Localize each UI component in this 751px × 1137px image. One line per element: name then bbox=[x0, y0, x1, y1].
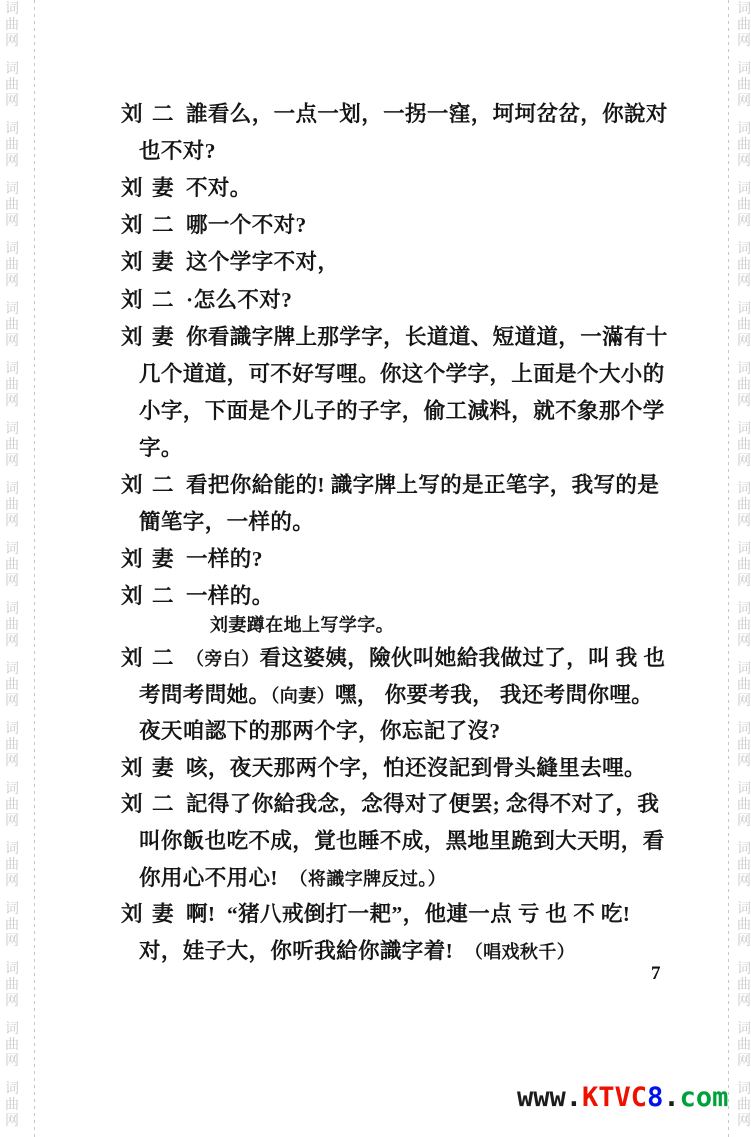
dialogue-line: 你用心不用心! （将識字牌反过。） bbox=[0, 861, 751, 899]
dialogue-text: 看把你給能的! 識字牌上写的是正笔字，我写的是 bbox=[186, 468, 659, 499]
role-name: 妻 bbox=[152, 171, 174, 202]
stage-parenthetical: （唱戏秋千） bbox=[465, 942, 575, 962]
stage-parenthetical: （向妻） bbox=[270, 686, 335, 706]
speaker-name: 刘 bbox=[121, 542, 143, 573]
dialogue-text: 簡笔字，一样的。 bbox=[139, 505, 314, 536]
dialogue-text: 考問考問她。（向妻）嘿， 你要考我， 我还考問你哩。 bbox=[139, 678, 653, 709]
role-name: 妻 bbox=[152, 245, 174, 276]
dialogue-text: 記得了你給我念，念得对了便罢; 念得不对了，我 bbox=[186, 787, 659, 818]
dialogue-line: 刘二看把你給能的! 識字牌上写的是正笔字，我写的是 bbox=[0, 468, 751, 506]
dialogue-text: 哪一个不对? bbox=[186, 208, 307, 239]
dialogue-line: 刘妻一样的? bbox=[0, 542, 751, 580]
site-watermark-segment: . bbox=[663, 1082, 679, 1113]
role-name: 二 bbox=[152, 208, 174, 239]
dialogue-line: 刘妻你看識字牌上那学字，长道道、短道道，一滿有十 bbox=[0, 320, 751, 358]
role-name: 妻 bbox=[152, 542, 174, 573]
dialogue-text: 几个道道，可不好写哩。你这个学字，上面是个大小的 bbox=[139, 357, 665, 388]
dialogue-line: 几个道道，可不好写哩。你这个学字，上面是个大小的 bbox=[0, 357, 751, 395]
dialogue-text: 你用心不用心! （将識字牌反过。） bbox=[139, 861, 446, 892]
dialogue-text: 你看識字牌上那学字，长道道、短道道，一滿有十 bbox=[186, 320, 668, 351]
dialogue-text: 这个学字不对， bbox=[186, 245, 339, 276]
dialogue-line: 字。 bbox=[0, 431, 751, 469]
dialogue-text: 字。 bbox=[139, 431, 183, 462]
role-name: 妻 bbox=[152, 320, 174, 351]
speaker-name: 刘 bbox=[121, 320, 143, 351]
dialogue-text: 一样的? bbox=[186, 542, 263, 573]
dialogue-text: 誰看么，一点一划，一拐一窪，坷坷岔岔，你說对 bbox=[186, 97, 668, 128]
stage-text: 刘妻蹲在地上写学字。 bbox=[210, 611, 394, 637]
speaker-name: 刘 bbox=[121, 641, 143, 672]
page-number: 7 bbox=[651, 963, 661, 985]
speaker-name: 刘 bbox=[121, 171, 143, 202]
dialogue-text: 小字，下面是个儿子的子字，偷工減料，就不象那个学 bbox=[139, 394, 665, 425]
role-name: 二 bbox=[152, 97, 174, 128]
dialogue-line: 刘妻咳，夜天那两个字，怕还沒記到骨头縫里去哩。 bbox=[0, 751, 751, 789]
dialogue-line: 刘二誰看么，一点一划，一拐一窪，坷坷岔岔，你說对 bbox=[0, 97, 751, 135]
role-name: 妻 bbox=[152, 751, 174, 782]
dialogue-line: 对，娃子大，你听我給你識字着! （唱戏秋千） bbox=[0, 934, 751, 972]
script-body: 刘二誰看么，一点一划，一拐一窪，坷坷岔岔，你說对也不对?刘妻不对。刘二哪一个不对… bbox=[0, 0, 751, 1137]
dialogue-text: 啊! “猪八戒倒打一耙”，他連一点 亏 也 不 吃! bbox=[186, 897, 630, 928]
role-name: 二 bbox=[152, 787, 174, 818]
dialogue-text: 咳，夜天那两个字，怕还沒記到骨头縫里去哩。 bbox=[186, 751, 646, 782]
role-name: 二 bbox=[152, 579, 174, 610]
dialogue-text: （旁白）看这婆姨，險伙叫她給我做过了，叫 我 也 bbox=[186, 641, 665, 672]
speaker-name: 刘 bbox=[121, 751, 143, 782]
stage-parenthetical: （旁白） bbox=[186, 649, 260, 669]
speaker-name: 刘 bbox=[121, 283, 143, 314]
dialogue-text: 一样的。 bbox=[186, 579, 274, 610]
dialogue-text: 夜天咱認下的那两个字，你忘記了沒? bbox=[139, 714, 501, 745]
role-name: 二 bbox=[152, 468, 174, 499]
speaker-name: 刘 bbox=[121, 97, 143, 128]
site-watermark: www.KTVC8.com bbox=[517, 1082, 728, 1113]
dialogue-line: 小字，下面是个儿子的子字，偷工減料，就不象那个学 bbox=[0, 394, 751, 432]
role-name: 二 bbox=[152, 283, 174, 314]
speaker-name: 刘 bbox=[121, 897, 143, 928]
dialogue-text: 对，娃子大，你听我給你識字着! （唱戏秋千） bbox=[139, 934, 575, 965]
role-name: 二 bbox=[152, 641, 174, 672]
site-watermark-segment: www. bbox=[517, 1082, 582, 1113]
dialogue-text: ·怎么不对? bbox=[186, 283, 292, 314]
site-watermark-segment: KTVC bbox=[582, 1082, 647, 1113]
dialogue-line: 也不对? bbox=[0, 134, 751, 172]
role-name: 妻 bbox=[152, 897, 174, 928]
dialogue-line: 刘妻啊! “猪八戒倒打一耙”，他連一点 亏 也 不 吃! bbox=[0, 897, 751, 935]
dialogue-line: 刘妻这个学字不对， bbox=[0, 245, 751, 283]
dialogue-line: 刘妻不对。 bbox=[0, 171, 751, 209]
speaker-name: 刘 bbox=[121, 208, 143, 239]
dialogue-line: 叫你飯也吃不成，覚也睡不成，黑地里跪到大天明，看 bbox=[0, 824, 751, 862]
dialogue-line: 刘二哪一个不对? bbox=[0, 208, 751, 246]
dialogue-line: 簡笔字，一样的。 bbox=[0, 505, 751, 543]
dialogue-line: 刘二記得了你給我念，念得对了便罢; 念得不对了，我 bbox=[0, 787, 751, 825]
site-watermark-segment: com bbox=[680, 1082, 729, 1113]
dialogue-line: 刘二·怎么不对? bbox=[0, 283, 751, 321]
dialogue-line: 刘二（旁白）看这婆姨，險伙叫她給我做过了，叫 我 也 bbox=[0, 641, 751, 679]
dialogue-line: 夜天咱認下的那两个字，你忘記了沒? bbox=[0, 714, 751, 752]
speaker-name: 刘 bbox=[121, 468, 143, 499]
site-watermark-segment: 8 bbox=[647, 1082, 663, 1113]
speaker-name: 刘 bbox=[121, 245, 143, 276]
scanned-page: 词曲网词曲网词曲网词曲网词曲网词曲网词曲网词曲网词曲网词曲网词曲网词曲网词曲网词… bbox=[0, 0, 751, 1137]
dialogue-text: 叫你飯也吃不成，覚也睡不成，黑地里跪到大天明，看 bbox=[139, 824, 665, 855]
speaker-name: 刘 bbox=[121, 579, 143, 610]
dialogue-text: 不对。 bbox=[186, 171, 252, 202]
dialogue-line: 考問考問她。（向妻）嘿， 你要考我， 我还考問你哩。 bbox=[0, 678, 751, 716]
stage-parenthetical: （将識字牌反过。） bbox=[290, 869, 447, 889]
speaker-name: 刘 bbox=[121, 787, 143, 818]
dialogue-text: 也不对? bbox=[139, 134, 216, 165]
